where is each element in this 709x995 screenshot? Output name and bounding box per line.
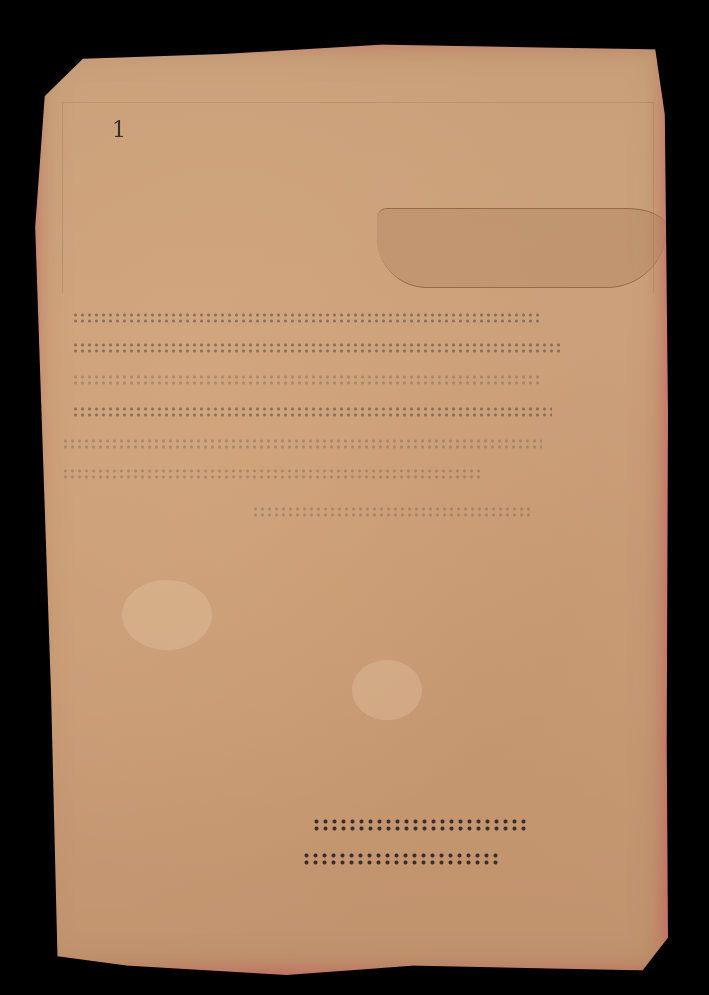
paper-stain — [352, 660, 422, 720]
paper-stain — [122, 580, 212, 650]
bleedthrough-text-line — [72, 374, 542, 385]
footer-ink-line — [302, 852, 502, 866]
bleedthrough-text-line — [62, 468, 482, 479]
footer-ink-line — [312, 818, 527, 832]
bleedthrough-text-line — [72, 342, 562, 353]
page-number: 1 — [112, 118, 126, 143]
bleedthrough-text-line — [72, 312, 542, 323]
paper-repair-patch — [377, 208, 667, 288]
bleedthrough-text-line — [252, 506, 532, 517]
manuscript-page: 1 — [32, 40, 668, 975]
bleedthrough-text-line — [62, 438, 542, 449]
bleedthrough-text-line — [72, 406, 552, 417]
